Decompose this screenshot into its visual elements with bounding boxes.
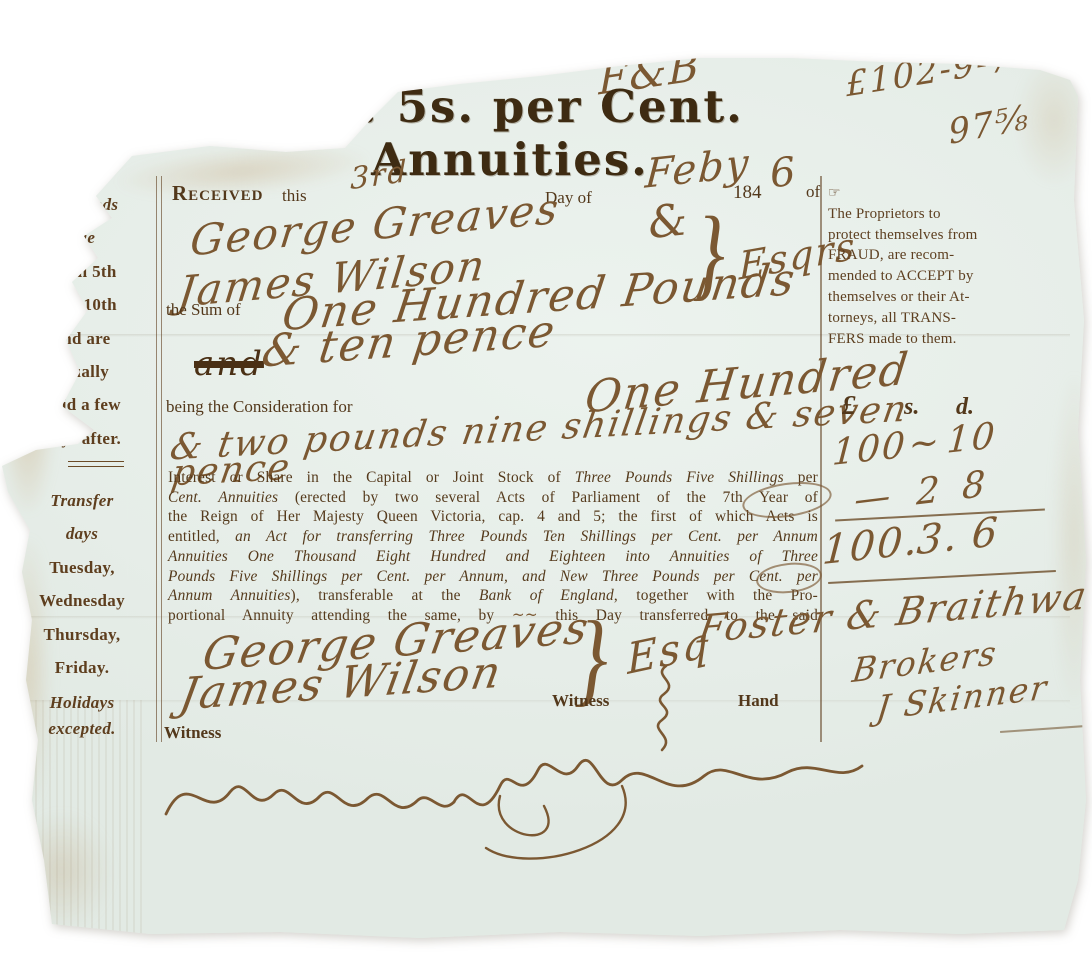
scanned-annuities-receipt: v F&B £102-9-7 97⅝ £3 : 5s. per Cent. An… <box>0 0 1092 960</box>
text-run: (erected by two several Acts of Parliame… <box>278 489 818 506</box>
deed-paragraph: Interest or Share in the Capital or Join… <box>168 468 818 626</box>
notice-line: themselves or their At- <box>828 287 1084 308</box>
age-stain-left-edge <box>2 295 54 510</box>
pence-value: 8 <box>951 462 999 509</box>
sidebar-dividends-note: DividendsdueApril 5thOct. 10thand areusu… <box>12 188 152 455</box>
deed-paragraph-line: the Reign of Her Majesty Queen Victoria,… <box>168 507 818 527</box>
pence-value: 6 <box>960 508 1011 560</box>
ink-stain-top-left <box>78 28 216 135</box>
deed-paragraph-line: Cent. Annuities (erected by two several … <box>168 488 818 508</box>
notice-line: mended to ACCEPT by <box>828 266 1084 287</box>
sidebar-divider-rule <box>68 461 124 467</box>
sidebar-line: Transfer <box>12 484 152 517</box>
age-stain-bottom-left <box>14 815 109 927</box>
price-fraction-annotation: 97⅝ <box>947 97 1031 153</box>
pointing-hand-icon: ☞ <box>828 185 841 201</box>
struck-out-word: and <box>194 344 264 384</box>
year-digit-handwritten: 6 <box>768 149 799 197</box>
hand-label: Hand <box>738 691 779 711</box>
day-handwritten: 3rd <box>350 154 408 198</box>
text-run: Cent. Annuities <box>168 489 278 506</box>
shillings-value: 2 <box>905 468 953 515</box>
sidebar-line: usually <box>12 355 152 388</box>
notice-line: The Proprietors to <box>828 204 1084 225</box>
deed-paragraph-line: Interest or Share in the Capital or Join… <box>168 468 818 488</box>
shillings-column-header: s. <box>904 394 919 421</box>
text-run: Annuities One Thousand Eight Hundred and… <box>168 548 818 565</box>
shillings-value: ~ <box>903 420 948 466</box>
sidebar-line: Thursday, <box>12 618 152 651</box>
text-run: Annum Annuities <box>168 587 291 604</box>
pounds-value: 100. <box>821 518 916 574</box>
notice-line: FRAUD, are recom- <box>828 245 1084 266</box>
witness-mid-label: Witness <box>552 691 609 711</box>
notice-line: FERS made to them. <box>828 329 1084 350</box>
sidebar-line: days <box>12 517 152 550</box>
sidebar-line: due <box>12 221 152 254</box>
witness-signature-scrawl <box>148 736 880 864</box>
pounds-value: 100 <box>831 425 906 474</box>
sidebar-line: paid a few <box>12 388 152 421</box>
text-run: ), transferable at the <box>291 587 479 604</box>
pounds-column-header: £ <box>842 390 856 421</box>
broker-signature-dash <box>1000 725 1086 733</box>
paper-sheet-wrap: v F&B £102-9-7 97⅝ £3 : 5s. per Cent. An… <box>0 0 1092 960</box>
sidebar-line: Wednesday <box>12 584 152 617</box>
year-printed: 184 <box>733 182 762 204</box>
sidebar-line: days after. <box>12 422 152 455</box>
total-amount-annotation: £102-9-7 <box>845 39 1014 106</box>
ink-stain-top-left-core <box>100 45 171 99</box>
sidebar-line: and are <box>12 322 152 355</box>
notice-line: torneys, all TRANS- <box>828 308 1084 329</box>
text-run: entitled, <box>168 528 235 545</box>
sidebar-line: Tuesday, <box>12 551 152 584</box>
deed-paragraph-line: Pounds Five Shillings per Cent. per Annu… <box>168 567 818 587</box>
of-label: of <box>806 182 820 202</box>
shillings-value: 3. <box>912 513 963 565</box>
sidebar-line: Oct. 10th <box>12 288 152 321</box>
sum-of-label: the Sum of <box>166 300 241 320</box>
text-run: Three Pounds Five Shillings <box>575 469 784 486</box>
sidebar-line: Friday. <box>12 651 152 684</box>
sidebar-holidays-note: Holidaysexcepted. <box>12 690 152 742</box>
sidebar-line: Dividends <box>12 188 152 221</box>
age-stain-right-edge <box>1052 375 1092 705</box>
sidebar-line: April 5th <box>12 255 152 288</box>
sidebar-line: excepted. <box>12 716 152 742</box>
received-label: Received <box>172 181 264 206</box>
text-run: Interest or Share in the Capital or Join… <box>168 469 575 486</box>
payee-ampersand: & <box>645 194 691 249</box>
sidebar-transfer-days-note: TransferdaysTuesday,WednesdayThursday,Fr… <box>12 484 152 684</box>
text-run: Pounds Five Shillings per Cent. per Annu… <box>168 568 818 585</box>
deed-paragraph-line: Annuities One Thousand Eight Hundred and… <box>168 547 818 567</box>
notice-line: protect themselves from <box>828 225 1084 246</box>
left-column-rule <box>156 176 162 742</box>
deed-paragraph-line: entitled, an Act for transferring Three … <box>168 527 818 547</box>
pence-value: 10 <box>944 415 999 462</box>
text-run: the Reign of Her Majesty Queen Victoria,… <box>168 508 818 525</box>
sidebar-line: Holidays <box>12 690 152 716</box>
paper-sheet: v F&B £102-9-7 97⅝ £3 : 5s. per Cent. An… <box>0 0 1092 960</box>
deed-paragraph-line: Annum Annuities), transferable at the Ba… <box>168 586 818 606</box>
consideration-label: being the Consideration for <box>166 397 353 417</box>
notice-text: The Proprietors toprotect themselves fro… <box>828 204 1084 350</box>
check-mark-annotation: v <box>98 73 120 105</box>
fraud-notice: ☞ The Proprietors toprotect themselves f… <box>828 183 1084 349</box>
received-this-label: this <box>282 186 307 206</box>
text-run: an Act for transferring Three Pounds Ten… <box>235 528 818 545</box>
